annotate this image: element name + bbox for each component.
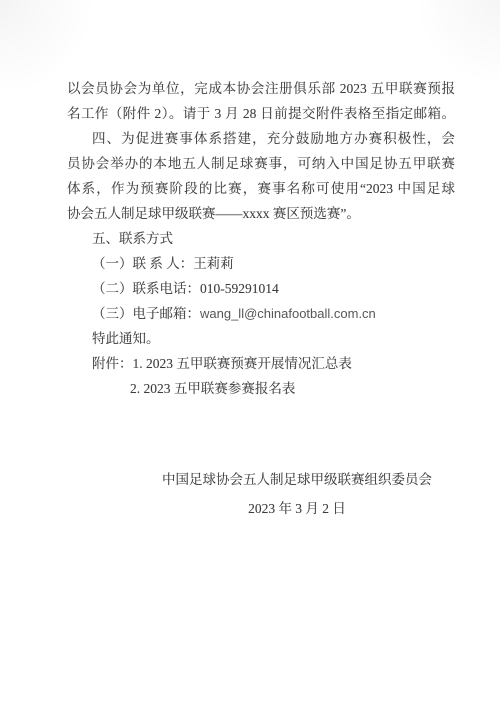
- attachment-line-1: 附件：1. 2023 五甲联赛预赛开展情况汇总表: [67, 351, 455, 376]
- notice-closing-line: 特此通知。: [67, 326, 455, 351]
- signature-inner: 中国足球协会五人制足球甲级联赛组织委员会 2023 年 3 月 2 日: [162, 465, 432, 523]
- body-line: 体系，作为预赛阶段的比赛，赛事名称可使用“2023 中国足球: [67, 176, 455, 201]
- signature-block: 中国足球协会五人制足球甲级联赛组织委员会 2023 年 3 月 2 日: [67, 465, 455, 523]
- document-page: { "page": { "background": "#ffffff", "te…: [0, 0, 500, 706]
- email-label: （三）电子邮箱：: [92, 306, 200, 321]
- body-line: 员协会举办的本地五人制足球赛事，可纳入中国足协五甲联赛: [67, 151, 455, 176]
- email-address: wang_ll@chinafootball.com.cn: [200, 306, 376, 321]
- body-line: 协会五人制足球甲级联赛——xxxx 赛区预选赛”。: [67, 201, 455, 226]
- body-line-section-four: 四、为促进赛事体系搭建，充分鼓励地方办赛积极性，会: [67, 126, 455, 151]
- body-line: 以会员协会为单位，完成本协会注册俱乐部 2023 五甲联赛预报: [67, 76, 455, 101]
- contact-email-line: （三）电子邮箱：wang_ll@chinafootball.com.cn: [67, 301, 455, 326]
- body-line-section-five: 五、联系方式: [67, 226, 455, 251]
- date-line: 2023 年 3 月 2 日: [162, 494, 432, 523]
- notice-body: 以会员协会为单位，完成本协会注册俱乐部 2023 五甲联赛预报 名工作（附件 2…: [67, 76, 455, 401]
- notice-document: 以会员协会为单位，完成本协会注册俱乐部 2023 五甲联赛预报 名工作（附件 2…: [67, 76, 455, 523]
- signature-line: 中国足球协会五人制足球甲级联赛组织委员会: [162, 465, 432, 494]
- contact-person-line: （一）联 系 人：王莉莉: [67, 251, 455, 276]
- contact-phone-line: （二）联系电话：010-59291014: [67, 276, 455, 301]
- attachment-line-2: 2. 2023 五甲联赛参赛报名表: [67, 376, 455, 401]
- body-line: 名工作（附件 2）。请于 3 月 28 日前提交附件表格至指定邮箱。: [67, 101, 455, 126]
